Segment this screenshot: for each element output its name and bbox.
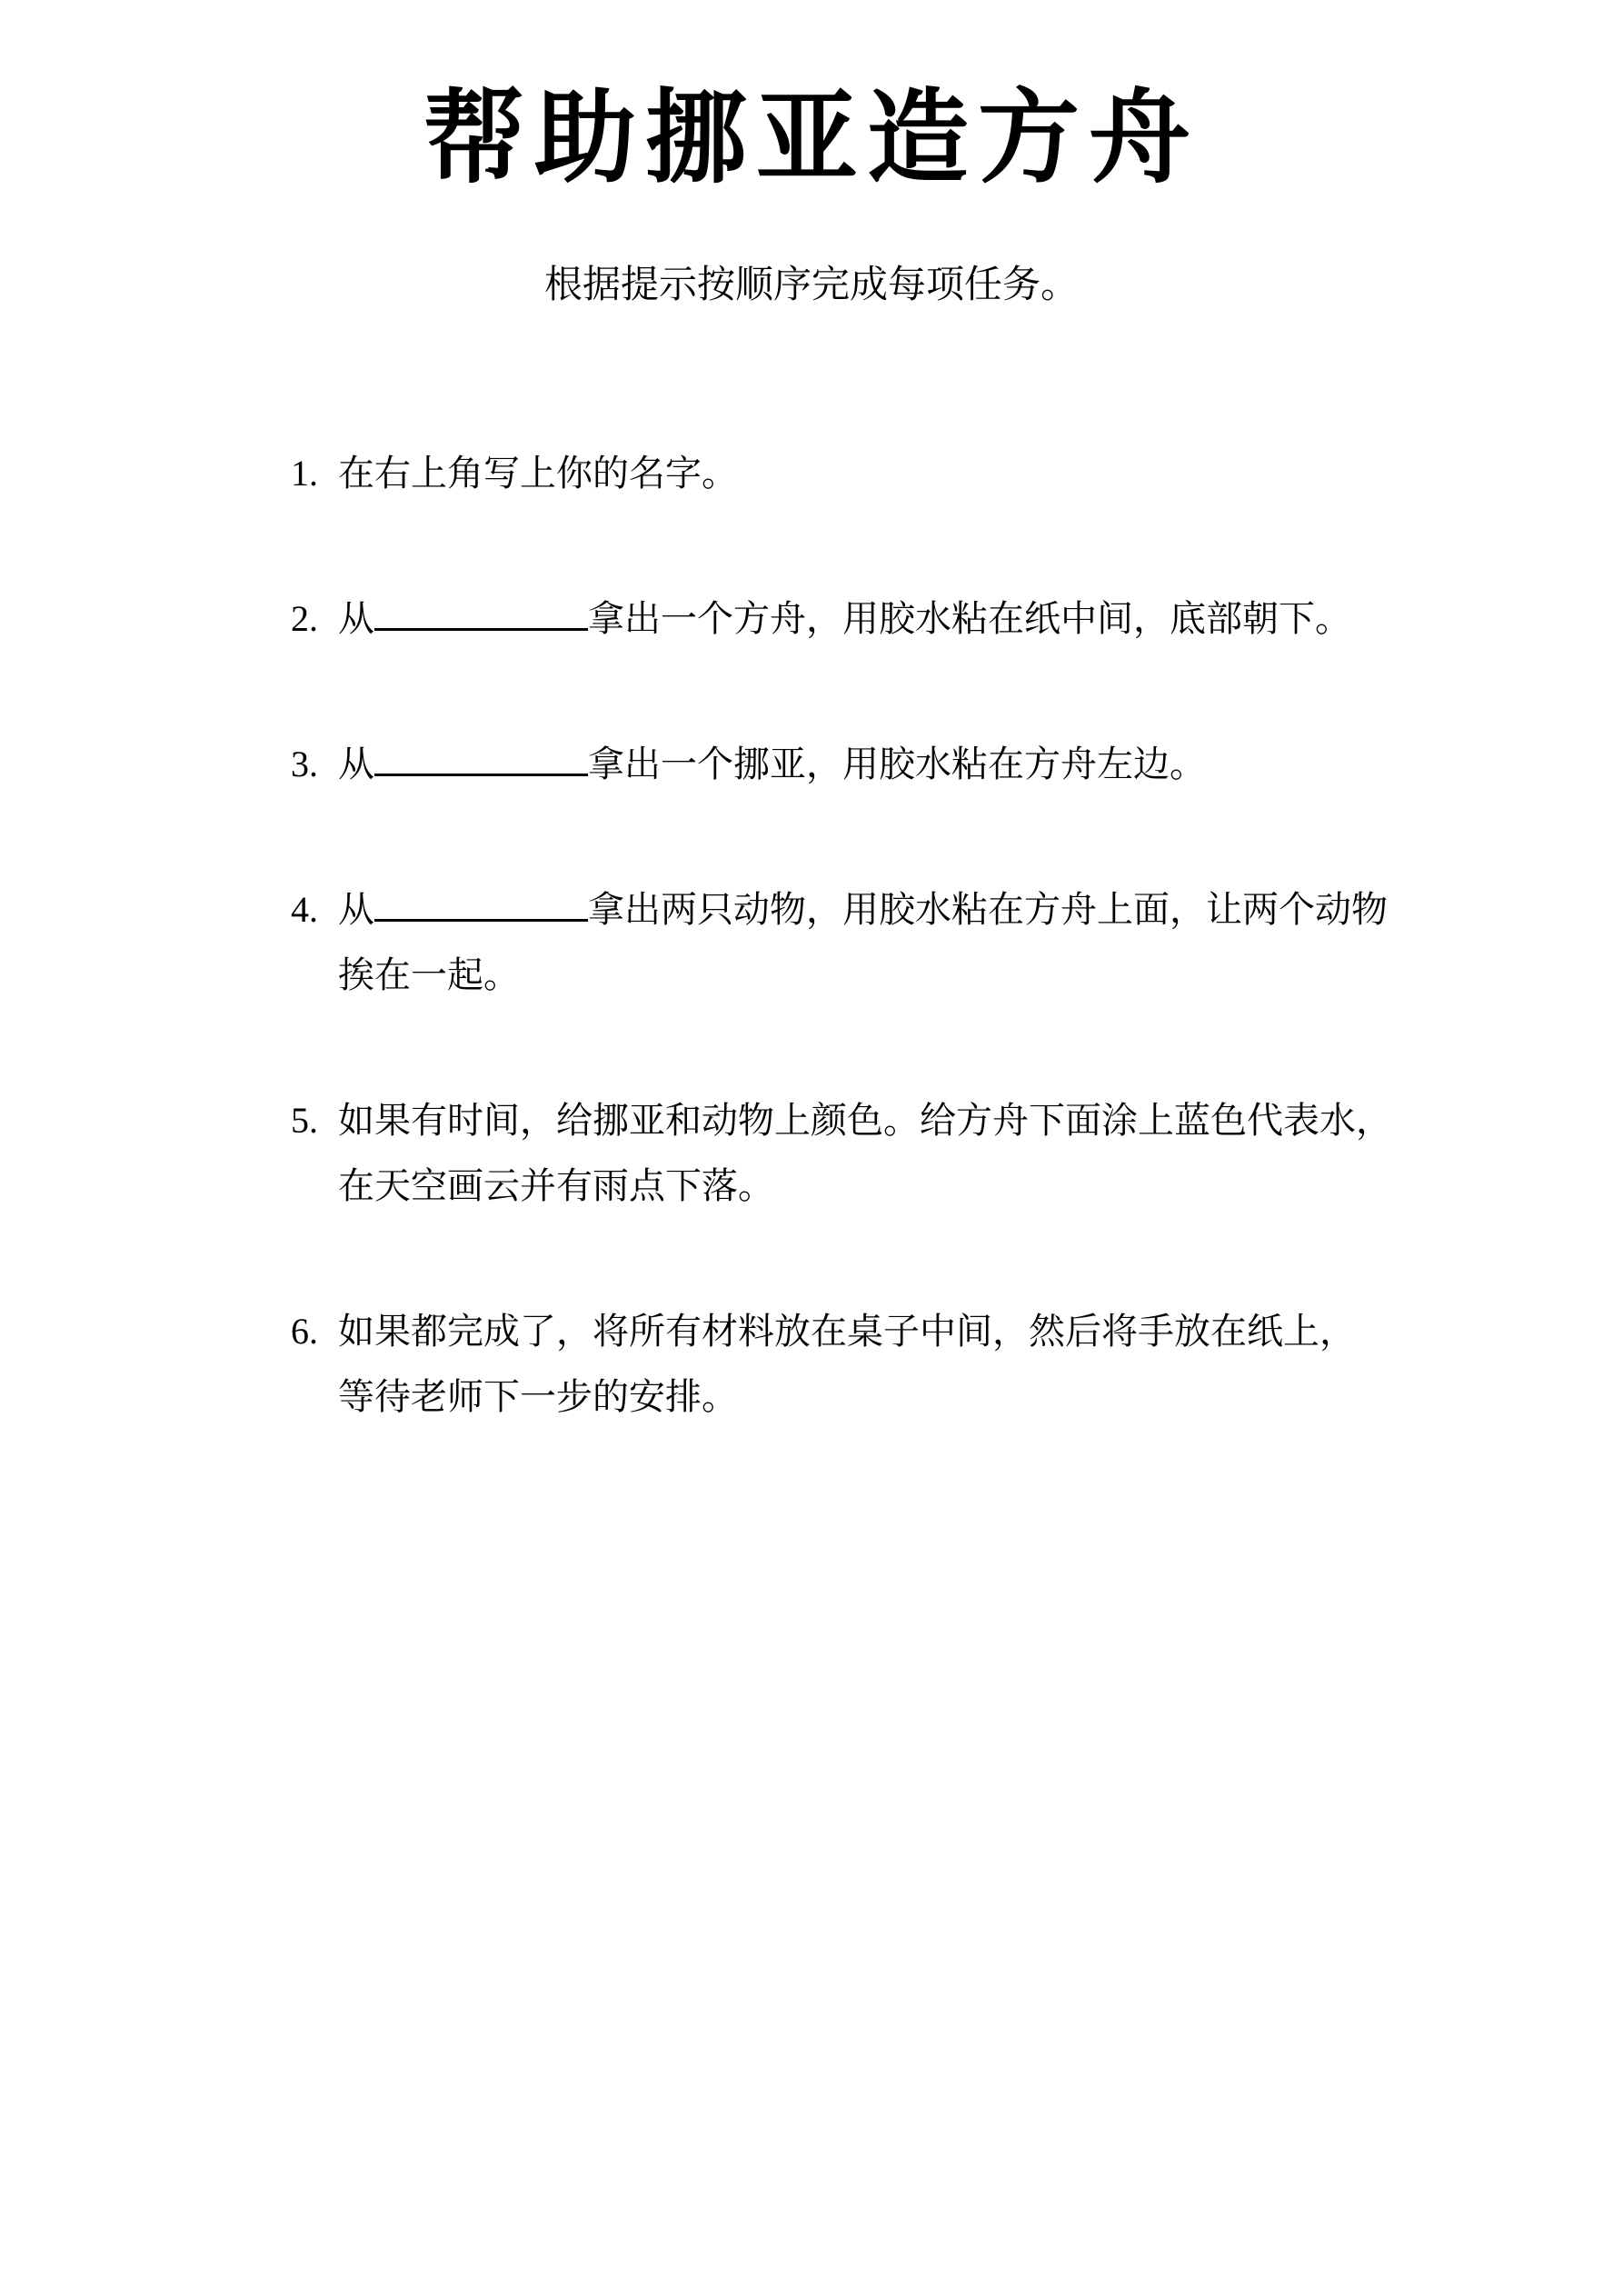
task-text-line1: 如果都完成了，将所有材料放在桌子中间，然后将手放在纸上， — [338, 1299, 1496, 1364]
worksheet-page: 帮助挪亚造方舟 根据提示按顺序完成每项任务。 1. 在右上角写上你的名字。 2.… — [0, 0, 1623, 2296]
task-text-line1: 从拿出一个挪亚，用胶水粘在方舟左边。 — [338, 732, 1496, 797]
task-text-post: 拿出两只动物，用胶水粘在方舟上面，让两个动物 — [588, 889, 1388, 930]
task-text-line2: 挨在一起。 — [338, 943, 1496, 1008]
task-text-line2: 在天空画云并有雨点下落。 — [338, 1153, 1496, 1219]
task-number: 4. — [291, 877, 318, 943]
task-text-pre: 从 — [338, 598, 374, 639]
task-item-6: 6. 如果都完成了，将所有材料放在桌子中间，然后将手放在纸上， 等待老师下一步的… — [291, 1299, 1496, 1430]
task-text-line2: 等待老师下一步的安排。 — [338, 1364, 1496, 1430]
task-item-4: 4. 从拿出两只动物，用胶水粘在方舟上面，让两个动物 挨在一起。 — [291, 877, 1496, 1008]
task-text-pre: 从 — [338, 889, 374, 930]
task-item-2: 2. 从拿出一个方舟，用胶水粘在纸中间，底部朝下。 — [291, 586, 1496, 652]
task-number: 1. — [291, 441, 318, 506]
task-item-1: 1. 在右上角写上你的名字。 — [291, 441, 1496, 506]
fill-in-blank — [374, 592, 588, 631]
task-text-post: 拿出一个方舟，用胶水粘在纸中间，底部朝下。 — [588, 598, 1351, 639]
page-title: 帮助挪亚造方舟 — [0, 0, 1623, 194]
task-number: 2. — [291, 586, 318, 652]
task-number: 3. — [291, 732, 318, 797]
page-subtitle: 根据提示按顺序完成每项任务。 — [0, 265, 1623, 306]
task-text-post: 拿出一个挪亚，用胶水粘在方舟左边。 — [588, 744, 1206, 784]
task-text-pre: 从 — [338, 744, 374, 784]
task-text-line1: 从拿出一个方舟，用胶水粘在纸中间，底部朝下。 — [338, 586, 1496, 652]
fill-in-blank — [374, 737, 588, 776]
task-text-line1: 从拿出两只动物，用胶水粘在方舟上面，让两个动物 — [338, 877, 1496, 943]
task-text-line1: 如果有时间，给挪亚和动物上颜色。给方舟下面涂上蓝色代表水， — [338, 1088, 1496, 1153]
task-text: 在右上角写上你的名字。 — [338, 453, 738, 494]
task-item-5: 5. 如果有时间，给挪亚和动物上颜色。给方舟下面涂上蓝色代表水， 在天空画云并有… — [291, 1088, 1496, 1219]
task-list: 1. 在右上角写上你的名字。 2. 从拿出一个方舟，用胶水粘在纸中间，底部朝下。… — [291, 441, 1496, 1430]
task-number: 6. — [291, 1299, 318, 1364]
task-number: 5. — [291, 1088, 318, 1153]
task-item-3: 3. 从拿出一个挪亚，用胶水粘在方舟左边。 — [291, 732, 1496, 797]
fill-in-blank — [374, 883, 588, 922]
task-text-line1: 在右上角写上你的名字。 — [338, 441, 1496, 506]
